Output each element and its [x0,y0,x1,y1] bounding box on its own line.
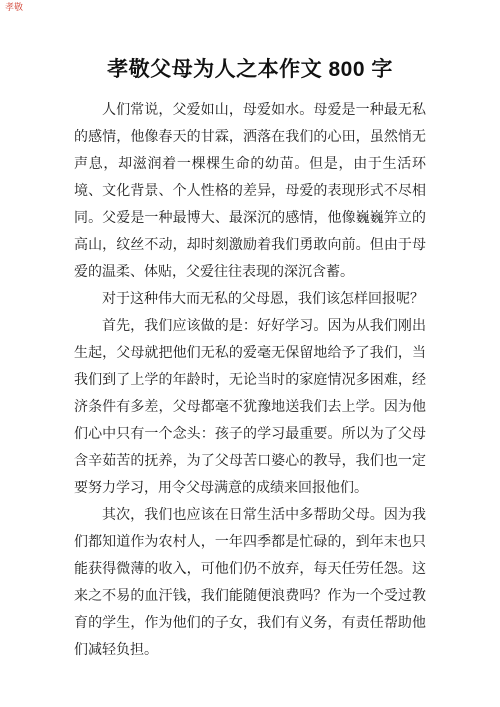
text-line: 们心中只有一个念头：孩子的学习最重要。所以为了父母 [74,421,426,448]
text-line: 对于这种伟大而无私的父母恩，我们该怎样回报呢？ [74,286,426,313]
text-line: 含辛茹苦的抚养，为了父母苦口婆心的教导，我们也一定 [74,448,426,475]
text-line: 们都知道作为农村人，一年四季都是忙碌的，到年末也只 [74,529,426,556]
document-body: 人们常说，父爱如山，母爱如水。母爱是一种最无私 的感情，他像春天的甘霖，洒落在我… [74,97,426,664]
text-line: 爱的温柔、体贴，父爱往往表现的深沉含蓄。 [74,259,426,286]
text-line: 能获得微薄的收入，可他们仍不放弃，每天任劳任怨。这 [74,556,426,583]
red-corner-mark: 孝敬 [5,2,23,12]
text-line: 来之不易的血汗钱，我们能随便浪费吗？作为一个受过教 [74,583,426,610]
text-line: 人们常说，父爱如山，母爱如水。母爱是一种最无私 [74,97,426,124]
text-line: 要努力学习，用令父母满意的成绩来回报他们。 [74,475,426,502]
text-line: 生起，父母就把他们无私的爱毫无保留地给予了我们，当 [74,340,426,367]
document-page: 孝敬 孝敬父母为人之本作文 800 字 人们常说，父爱如山，母爱如水。母爱是一种… [0,0,500,707]
text-line: 首先，我们应该做的是：好好学习。因为从我们刚出 [74,313,426,340]
text-line: 其次，我们也应该在日常生活中多帮助父母。因为我 [74,502,426,529]
text-line: 高山，纹丝不动，却时刻激励着我们勇敢向前。但由于母 [74,232,426,259]
text-line: 声息，却滋润着一棵棵生命的幼苗。但是，由于生活环 [74,151,426,178]
text-line: 我们到了上学的年龄时，无论当时的家庭情况多困难，经 [74,367,426,394]
text-line: 济条件有多差，父母都毫不犹豫地送我们去上学。因为他 [74,394,426,421]
text-line: 境、文化背景、个人性格的差异，母爱的表现形式不尽相 [74,178,426,205]
document-title: 孝敬父母为人之本作文 800 字 [0,0,500,83]
text-line: 同。父爱是一种最博大、最深沉的感情，他像巍巍笄立的 [74,205,426,232]
text-line: 育的学生，作为他们的子女，我们有义务，有责任帮助他 [74,610,426,637]
text-line: 们减轻负担。 [74,637,426,664]
text-line: 的感情，他像春天的甘霖，洒落在我们的心田，虽然悄无 [74,124,426,151]
